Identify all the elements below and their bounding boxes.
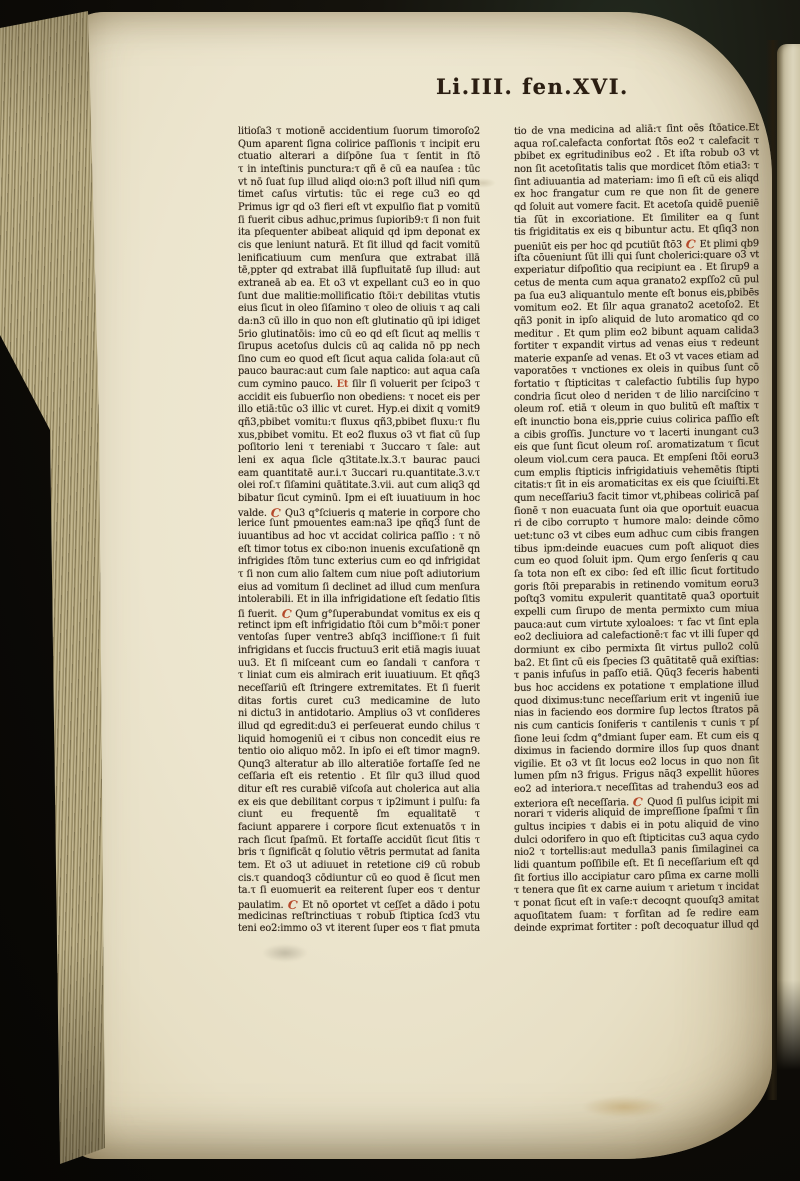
text-line: leni ex aqua ſicle q3titate.lx.3.τ baura… [238, 455, 480, 468]
text-line: ſi fuerit. C Qum g°ſuperabundat vomitus … [238, 607, 480, 620]
text-line: τ ſi non cum alio ſaltem cum niue poſt a… [238, 569, 480, 582]
text-line: timet caſus virtutis: tūc ei rege cu3 eo… [238, 189, 480, 202]
text-line: ciunt eu frequentē ſm equalitatē τ deſce… [238, 809, 480, 822]
next-page-edge [777, 44, 800, 1074]
text-line: paulatim. C Et nō oportet vt ceſſet a dā… [238, 898, 480, 911]
text-line: teni eo2:immo o3 vt iterent ſuper eos τ … [238, 923, 480, 936]
text-line: 5rio glutinatōis: imo cū eo qd eſt ſicut… [238, 329, 480, 342]
text-line: intolerabili. Et in illa infrigidatione … [238, 594, 480, 607]
text-line: ſi fuerit cibus adhuc,primus ſupiorib9:τ… [238, 215, 480, 228]
text-line: olei roſ.τ ſiſamini quātitate.3.vii. aut… [238, 480, 480, 493]
text-line: eius ſicut in oleo ſiſamino τ oleo de ol… [238, 303, 480, 316]
text-line: accidit eis ſubuerſio non obediens: τ no… [238, 392, 480, 405]
text-line: ſino cum eo quod eſt ſicut aqua calida ſ… [238, 354, 480, 367]
text-line: tentio oio aliquo mō2. In ipſo ei eſt ti… [238, 746, 480, 759]
text-line: lerice ſunt pmouentes eam:na3 ipe qñq3 ſ… [238, 518, 480, 531]
text-line: infrigides ſtōm tunc exterius cum eo qd … [238, 556, 480, 569]
text-line: Primus igr qd o3 fieri eſt vt expulſio f… [238, 202, 480, 215]
text-line: retinct ipm eſt infrigidatio ſtōi cum b°… [238, 620, 480, 633]
text-line: eſt timor totus ex cibo:non inuenis excu… [238, 544, 480, 557]
next-page-edge-shadow [777, 980, 800, 1100]
page-stain [582, 1096, 666, 1118]
text-line: poſitorio leni τ tereniabi τ 3uccaro τ ſ… [238, 442, 480, 455]
book-photograph: Li.III. fen.XVI. litioſa3 τ motionē acci… [0, 0, 800, 1181]
text-line: extraneā ab ea. Et o3 vt expellant cu3 e… [238, 278, 480, 291]
text-line: uu3. Et ſi miſceant cum eo ſandali τ can… [238, 658, 480, 671]
text-line: qñ3,pbibet vomitu:τ fluxus qñ3,pbibet fl… [238, 417, 480, 430]
text-line: cis que leniunt naturā. Et ſit illud qd … [238, 240, 480, 253]
text-line: rach ſicut ſpaſmū. Et fortaſſe accidūt ſ… [238, 835, 480, 848]
rubric-pilcrow-mark: C [281, 607, 292, 619]
text-line: ita pſequenter abibeat aliquid qd ipm de… [238, 227, 480, 240]
text-line: ſunt due malitie:mollificatio ſtōi:τ deb… [238, 291, 480, 304]
text-line: eam quantitatē aur.i.τ 3uccari ru.quanti… [238, 468, 480, 481]
text-line: medicinas reſtrinctiuas τ robub ſtiptica… [238, 911, 480, 924]
text-line: iuuantibus ad hoc vt accidat colirica pa… [238, 531, 480, 544]
rubricated-initial: Et [337, 379, 349, 390]
text-line: τ liniat cum eis almirach erit iuuatiuum… [238, 670, 480, 683]
running-header: Li.III. fen.XVI. [436, 74, 629, 99]
text-line: pauco baurac:aut cum ſale naptico: aut a… [238, 366, 480, 379]
text-line: infrigidans et ſuccis fructuu3 erit etiā… [238, 645, 480, 658]
text-line: xus,pbibet vomitu. Et eo2 fluxus o3 vt f… [238, 430, 480, 443]
text-line: liquid homogeniū ei τ cibus non concedit… [238, 734, 480, 747]
text-line: faciunt apparere i corpore ſicut extenua… [238, 822, 480, 835]
text-column-right: tio de vna medicina ad aliā:τ ſint oēs ſ… [514, 122, 759, 936]
text-line: ceſſaria eſt eis retentio . Et ſilr qu3 … [238, 771, 480, 784]
text-line: τ in inteſtinis punctura:τ qñ ē cū ea na… [238, 164, 480, 177]
text-line: valde. C Qu3 q°ſciueris q materie in cor… [238, 506, 480, 519]
text-line: ſirupus acetoſus dulcis cū aq calida nō … [238, 341, 480, 354]
text-line: vt nō ſuat ſup illud aliqd oio:n3 poſt i… [238, 177, 480, 190]
text-line: tē,ppter qd extrabat illā ſupfluitatē ſu… [238, 265, 480, 278]
text-column-left: litioſa3 τ motionē accidentium ſuorum ti… [238, 126, 480, 936]
text-line: Qum aparent ſigna colirice paſſionis τ i… [238, 139, 480, 152]
text-line: ni dictu3 in antidotario. Amplius o3 vt … [238, 708, 480, 721]
text-line: neceſſariū eſt ſtringere extremitates. E… [238, 683, 480, 696]
text-line: illo etiā:tūc o3 illic vt curet. Hyp.ei … [238, 404, 480, 417]
text-line: ventoſas ſuper ventre3 abſq3 inciſſione:… [238, 632, 480, 645]
text-line: eius ad vomitum ſi declinet ad illud cum… [238, 582, 480, 595]
text-line: tem. Et o3 ut adiuuet in retetione ci9 c… [238, 860, 480, 873]
text-line: bibatur ſicut cyminū. Ipm ei eſt iuuatiu… [238, 493, 480, 506]
text-line: ditur eſt res curabiē viſcoſa aut choler… [238, 784, 480, 797]
ink-smudge [262, 944, 308, 962]
text-line: ta.τ ſi euomuerit ea reiterent ſuper eos… [238, 885, 480, 898]
text-line: bris τ ſignificāt q ſolutio vētris permu… [238, 847, 480, 860]
text-line: Qunq3 alteratur ab illo alteratiōe forta… [238, 759, 480, 772]
rubric-pilcrow-mark: C [270, 506, 281, 518]
text-line: da:n3 cū illo in quo non eſt glutinatio … [238, 316, 480, 329]
text-line: litioſa3 τ motionē accidentium ſuorum ti… [238, 126, 480, 139]
text-line: ex eis que debilitant corpus τ ip2imunt … [238, 797, 480, 810]
text-line: ctuatio alterari a diſpōne ſua τ ſentit … [238, 151, 480, 164]
text-line: cum cymino pauco. Et ſilr ſi voluerit pe… [238, 379, 480, 392]
text-line: cis.τ quandoq3 cōdiuntur cū eo quod ē ſi… [238, 873, 480, 886]
text-line: lenificatiuum cum menſura que extrabat i… [238, 253, 480, 266]
rubric-pilcrow-mark: C [287, 898, 298, 910]
text-line: ditas fortis curet cu3 medicamine de lut… [238, 696, 480, 709]
text-line: illud qd egredit:du3 ei perſeuerat eundo… [238, 721, 480, 734]
